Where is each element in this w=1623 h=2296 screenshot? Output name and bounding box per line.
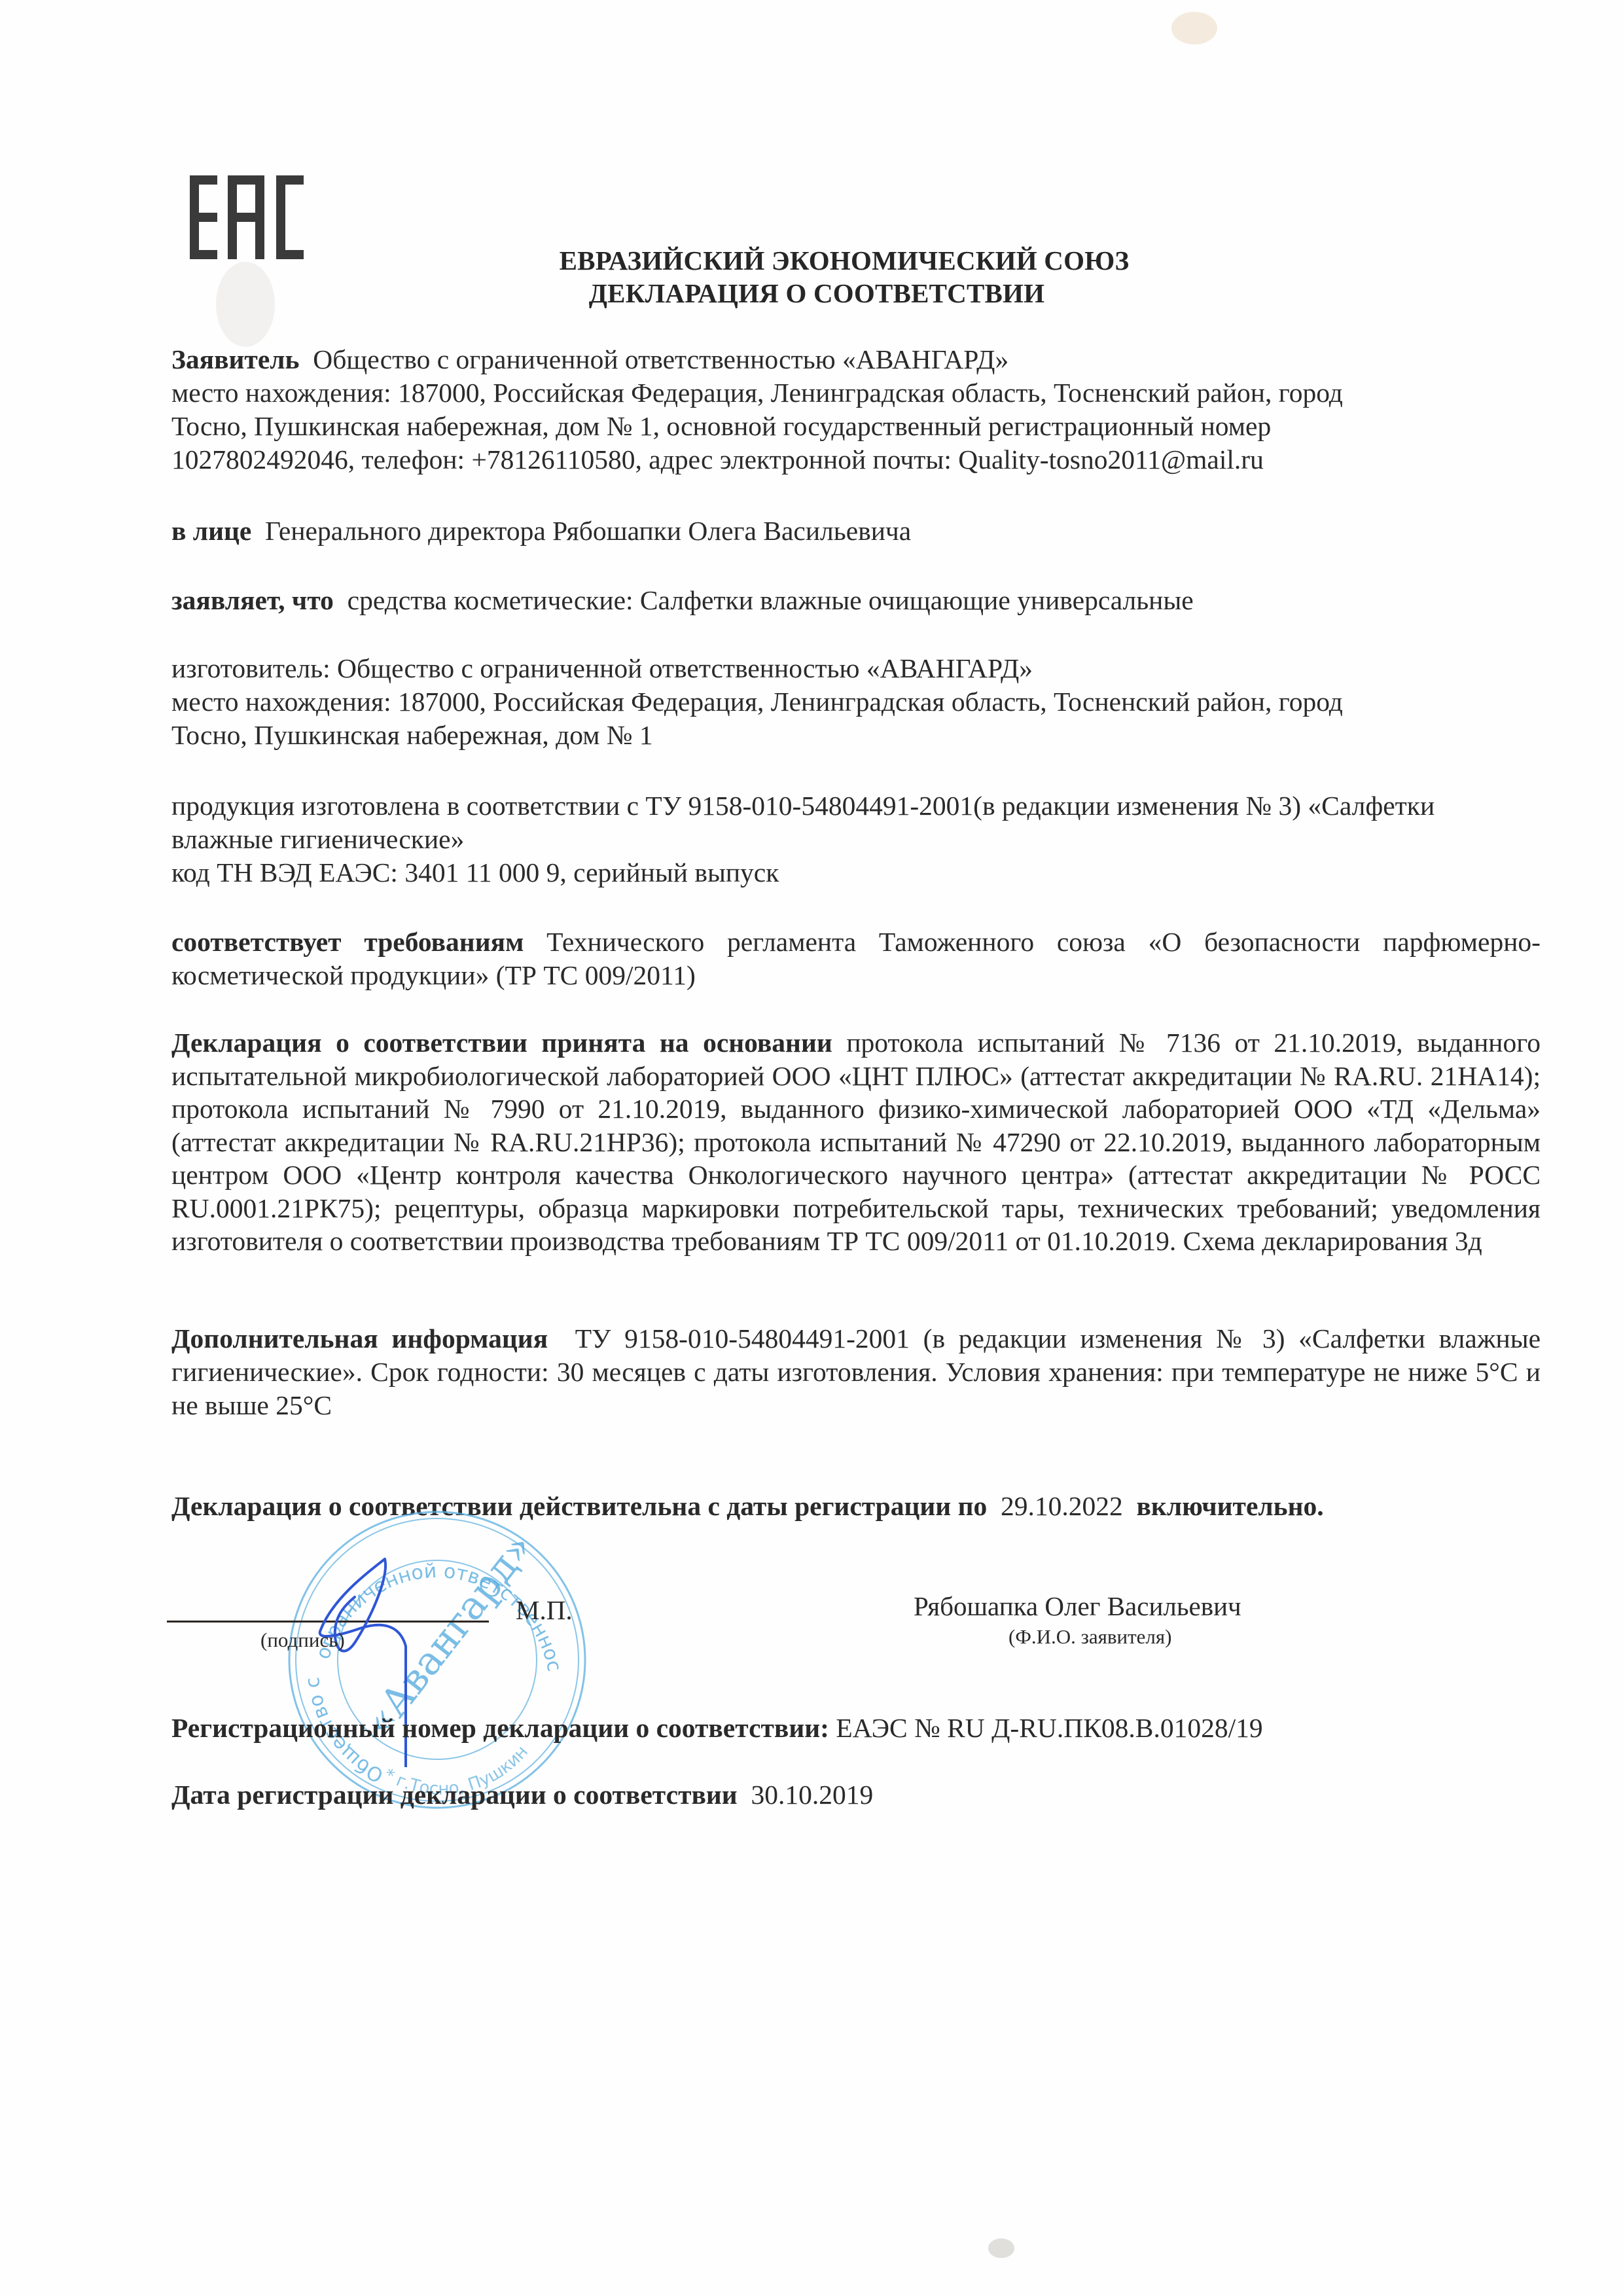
manufacturer-line: Тосно, Пушкинская набережная, дом № 1 [171,719,1541,752]
union-title: ЕВРАЗИЙСКИЙ ЭКОНОМИЧЕСКИЙ СОЮЗ [33,245,1623,276]
product-line: влажные гигиенические» [171,823,1541,856]
basis-value: протокола испытаний № 7136 от 21.10.2019… [171,1028,1541,1256]
validity-section: Декларация о соответствии действительна … [171,1490,1541,1523]
conformity-section: соответствует требованиям Технического р… [171,925,1541,992]
registration-date-row: Дата регистрации декларации о соответств… [171,1779,873,1810]
basis-section: Декларация о соответствии принята на осн… [171,1026,1541,1258]
signer-name: Рябошапка Олег Васильевич [914,1590,1241,1622]
manufacturer-line: место нахождения: 187000, Российская Фед… [171,685,1541,719]
basis-label: Декларация о соответствии принята на осн… [171,1028,832,1058]
represented-by-section: в лице Генерального директора Рябошапки … [171,514,1541,548]
validity-suffix: включительно. [1137,1491,1324,1521]
applicant-section: Заявитель Общество с ограниченной ответс… [171,343,1541,476]
represented-by-value: Генерального директора Рябошапки Олега В… [265,516,911,546]
registration-number-value: ЕАЭС № RU Д-RU.ПК08.В.01028/19 [836,1713,1262,1743]
registration-number-row: Регистрационный номер декларации о соотв… [171,1712,1263,1744]
scan-artifact [1171,12,1217,45]
conformity-label: соответствует требованиям [171,927,524,957]
applicant-address-line: Тосно, Пушкинская набережная, дом № 1, о… [171,410,1541,443]
product-line: код ТН ВЭД ЕАЭС: 3401 11 000 9, серийный… [171,856,1541,889]
seal-place-label: М.П. [516,1594,573,1626]
declares-label: заявляет, что [171,585,334,615]
signature-caption: (подпись) [260,1628,345,1652]
validity-date: 29.10.2022 [1001,1491,1123,1521]
declares-value: средства косметические: Салфетки влажные… [348,585,1194,615]
product-line: продукция изготовлена в соответствии с Т… [171,789,1541,823]
applicant-label: Заявитель [171,344,299,374]
additional-info-section: Дополнительная информация ТУ 9158-010-54… [171,1322,1541,1422]
manufacturer-line: изготовитель: Общество с ограниченной от… [171,652,1541,685]
represented-by-label: в лице [171,516,251,546]
applicant-address-line: 1027802492046, телефон: +78126110580, ад… [171,443,1541,476]
registration-number-label: Регистрационный номер декларации о соотв… [171,1713,829,1743]
svg-text:«Авангард»: «Авангард» [357,1525,543,1744]
document-title: ДЕКЛАРАЦИЯ О СООТВЕТСТВИИ [5,278,1623,309]
registration-date-value: 30.10.2019 [751,1780,873,1810]
signer-caption: (Ф.И.О. заявителя) [1008,1625,1171,1649]
product-section: продукция изготовлена в соответствии с Т… [171,789,1541,889]
company-stamp: ограниченной ответственностью Общество с… [280,1503,594,1817]
signature-line [167,1621,489,1623]
applicant-name: Общество с ограниченной ответственностью… [313,344,1008,374]
scan-artifact [988,2238,1014,2258]
additional-info-label: Дополнительная информация [171,1323,548,1354]
validity-text: Декларация о соответствии действительна … [171,1491,987,1521]
manufacturer-section: изготовитель: Общество с ограниченной от… [171,652,1541,752]
registration-date-label: Дата регистрации декларации о соответств… [171,1780,738,1810]
applicant-address-line: место нахождения: 187000, Российская Фед… [171,376,1541,410]
document-page: ЕВРАЗИЙСКИЙ ЭКОНОМИЧЕСКИЙ СОЮЗ ДЕКЛАРАЦИ… [0,0,1623,2296]
declares-section: заявляет, что средства косметические: Са… [171,584,1541,617]
